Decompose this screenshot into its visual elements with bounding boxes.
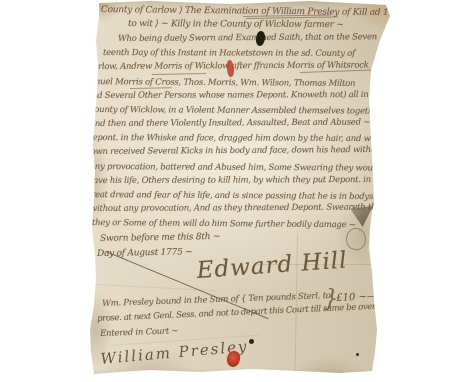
- underline-mark: [130, 87, 172, 89]
- manuscript-line: teenth Day of this Instant in Hacketstow…: [103, 49, 355, 59]
- manuscript-line: (and Several Other Persons whose names D…: [84, 91, 387, 101]
- screenshot-root: County of Carlow ⟩ The Examination of Wi…: [0, 0, 468, 382]
- red-wax-seal: [226, 350, 241, 368]
- manuscript-line: Depont. in the Whiske and face, dragged …: [86, 134, 386, 144]
- manuscript-line: without any provocation, And as they thr…: [90, 203, 384, 214]
- manuscript-line: have his life, Others desiring to kill h…: [88, 176, 371, 186]
- manuscript-line: and then and there Violently Insulted, A…: [90, 119, 370, 130]
- ink-dot: [249, 339, 254, 344]
- attestation-line: Sworn before me this 8th ~: [100, 233, 220, 245]
- manuscript-line: to wit ⟩ ~ Killy in the County of Wicklo…: [128, 20, 344, 31]
- ink-speck: [356, 353, 359, 356]
- magistrate-signature: Edward Hill: [196, 249, 348, 282]
- amount-ten-pounds: £10 ~———: [336, 291, 397, 304]
- manuscript-line: they or Some of them will do him Some fu…: [92, 219, 356, 231]
- manuscript-line: Samuel Morris of Cross, Thos. Morris, Wm…: [82, 78, 355, 89]
- manuscript-paper: County of Carlow ⟩ The Examination of Wi…: [0, 0, 468, 382]
- underline-mark: [152, 73, 206, 75]
- manuscript-line: County of Wicklow, in a Violent Manner A…: [88, 106, 382, 117]
- manuscript-line: great dread and fear of his life, and is…: [86, 191, 373, 202]
- manuscript-line: Who being duely Sworn and Examined Saith…: [118, 33, 377, 44]
- recognizance-line: Entered in Court ~: [100, 327, 178, 339]
- manuscript-line: any provocation, battered and Abused him…: [90, 163, 380, 174]
- paper-crease: [256, 264, 372, 265]
- manuscript-line: Down received Several Kicks in his body …: [84, 146, 384, 157]
- paper-crease: [96, 284, 216, 291]
